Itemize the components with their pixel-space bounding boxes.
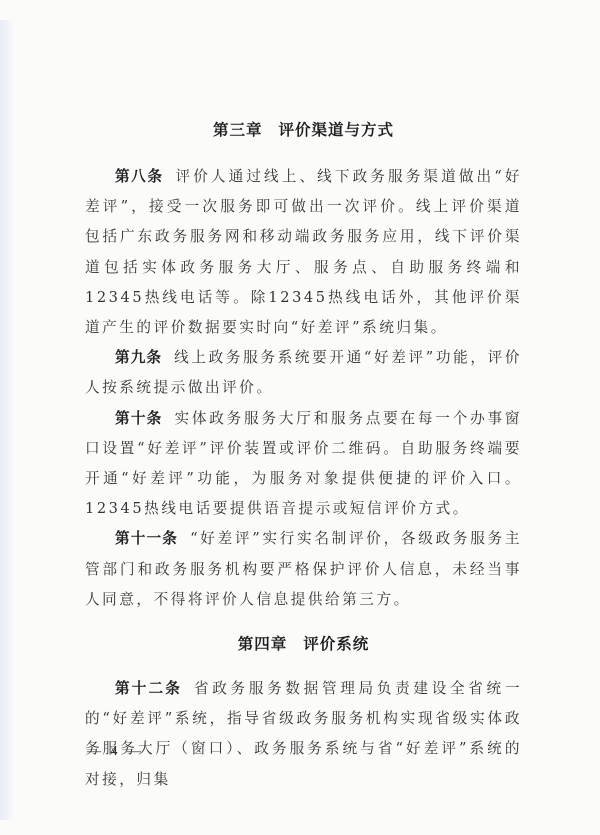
article-11: 第十一条“好差评”实行实名制评价，各级政务服务主管部门和政务服务机构要严格保护评… — [85, 524, 522, 615]
chapter-3-heading: 第三章评价渠道与方式 — [85, 115, 522, 145]
chapter-3-title: 评价渠道与方式 — [279, 120, 395, 139]
article-10: 第十条实体政务服务大厅和服务点要在每一个办事窗口设置“好差评”评价装置或评价二维… — [85, 404, 522, 525]
article-11-label: 第十一条 — [115, 530, 178, 547]
article-10-label: 第十条 — [115, 410, 163, 427]
chapter-4-number: 第四章 — [238, 634, 288, 653]
article-9-label: 第九条 — [115, 349, 162, 366]
article-8: 第八条评价人通过线上、线下政务服务渠道做出“好差评”，接受一次服务即可做出一次评… — [85, 162, 522, 343]
article-12: 第十二条省政务服务数据管理局负责建设全省统一的“好差评”系统，指导省级政务服务机… — [85, 674, 522, 795]
article-8-text: 评价人通过线上、线下政务服务渠道做出“好差评”，接受一次服务即可做出一次评价。线… — [85, 168, 522, 336]
chapter-4-heading: 第四章评价系统 — [85, 629, 522, 659]
article-12-label: 第十二条 — [115, 680, 182, 697]
scanner-edge-strip — [0, 20, 14, 820]
chapter-4-title: 评价系统 — [303, 634, 369, 653]
page-number: — 4 — — [87, 744, 144, 760]
chapter-3-number: 第三章 — [213, 120, 263, 139]
article-8-label: 第八条 — [115, 168, 163, 185]
article-9: 第九条线上政务服务系统要开通“好差评”功能，评价人按系统提示做出评价。 — [85, 343, 522, 403]
document-page: 第三章评价渠道与方式 第八条评价人通过线上、线下政务服务渠道做出“好差评”，接受… — [85, 115, 522, 795]
